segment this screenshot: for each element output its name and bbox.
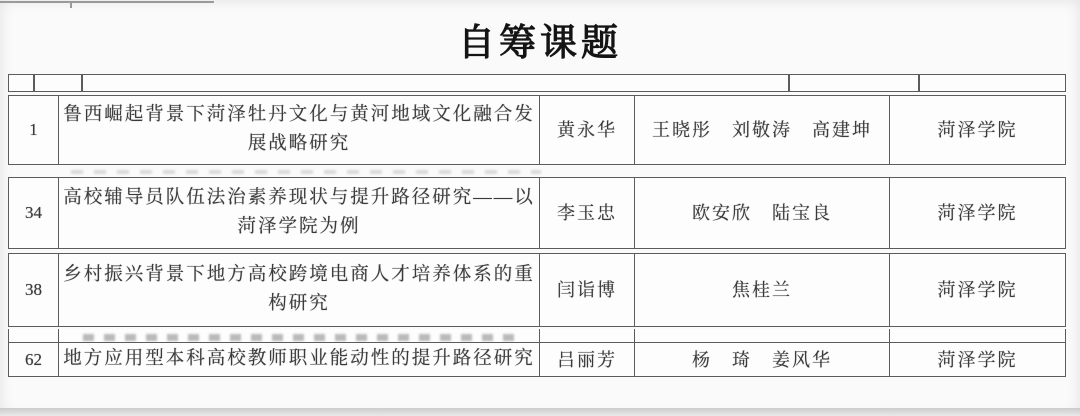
cell-institution: 菏泽学院 <box>889 96 1065 164</box>
cell-row-number: 1 <box>9 96 58 164</box>
project-title: 高校辅导员队伍法治素养现状与提升路径研究——以菏泽学院为例 <box>63 184 535 242</box>
cell-row-number: 34 <box>9 178 58 248</box>
row-number: 34 <box>25 199 42 227</box>
institution-name: 菏泽学院 <box>938 346 1018 374</box>
member-names: 王晓彤 刘敬涛 高建坤 <box>652 116 872 144</box>
cell-member-names: 王晓彤 刘敬涛 高建坤 <box>634 96 889 164</box>
member-names: 杨 琦 姜风华 <box>692 346 832 374</box>
leader-name: 李玉忠 <box>557 199 617 227</box>
member-names: 焦桂兰 <box>732 276 792 304</box>
leader-name: 闫诣博 <box>557 276 617 304</box>
cell-member-names <box>634 329 889 342</box>
leader-name: 黄永华 <box>557 116 617 144</box>
cell-leader-name: 闫诣博 <box>539 254 634 326</box>
cell-project-title: 地方应用型本科高校教师职业能动性的提升路径研究 <box>58 343 539 376</box>
cell-leader-name: 黄永华 <box>539 96 634 164</box>
bottom-edge-shadow <box>0 408 1080 416</box>
row-number: 38 <box>25 276 42 304</box>
table-body: 1 鲁西崛起背景下菏泽牡丹文化与黄河地域文化融合发展战略研究 黄永华 王晓彤 刘… <box>8 95 1066 377</box>
cell-project-title: 乡村振兴背景下地方高校跨境电商人才培养体系的重构研究 <box>58 254 539 326</box>
table-row: 1 鲁西崛起背景下菏泽牡丹文化与黄河地域文化融合发展战略研究 黄永华 王晓彤 刘… <box>8 95 1066 165</box>
column-divider <box>918 75 920 91</box>
member-names: 欧安欣 陆宝良 <box>692 199 832 227</box>
cell-leader-name: 吕丽芳 <box>539 343 634 376</box>
cell-row-number <box>9 329 58 342</box>
clipped-top-table-row <box>8 74 1066 92</box>
cell-leader-name <box>539 329 634 342</box>
clipped-partial-row <box>8 329 1066 342</box>
screenshot-root: 自筹课题 1 鲁西崛起背景下菏泽牡丹文化与黄河地域文化融合发展战略研究 黄永华 … <box>0 0 1080 416</box>
institution-name: 菏泽学院 <box>938 116 1018 144</box>
cell-project-title <box>58 329 539 342</box>
remnant-column-divider <box>70 3 72 8</box>
cell-institution: 菏泽学院 <box>889 254 1065 326</box>
page-title: 自筹课题 <box>0 12 1080 66</box>
project-title: 地方应用型本科高校教师职业能动性的提升路径研究 <box>63 345 535 374</box>
cell-member-names: 焦桂兰 <box>634 254 889 326</box>
project-title: 乡村振兴背景下地方高校跨境电商人才培养体系的重构研究 <box>63 261 535 319</box>
top-table-remnant-line <box>0 1 214 7</box>
cell-leader-name: 李玉忠 <box>539 178 634 248</box>
table-row: 38 乡村振兴背景下地方高校跨境电商人才培养体系的重构研究 闫诣博 焦桂兰 菏泽… <box>8 253 1066 327</box>
clipped-blurred-text <box>83 334 518 341</box>
cell-institution: 菏泽学院 <box>889 178 1065 248</box>
project-title: 鲁西崛起背景下菏泽牡丹文化与黄河地域文化融合发展战略研究 <box>63 101 535 159</box>
column-divider <box>788 75 790 91</box>
cell-row-number: 38 <box>9 254 58 326</box>
cell-row-number: 62 <box>9 343 58 376</box>
table-row: 34 高校辅导员队伍法治素养现状与提升路径研究——以菏泽学院为例 李玉忠 欧安欣… <box>8 177 1066 249</box>
cell-project-title: 鲁西崛起背景下菏泽牡丹文化与黄河地域文化融合发展战略研究 <box>58 96 539 164</box>
cell-institution <box>889 329 1065 342</box>
row-number: 62 <box>25 346 42 374</box>
cell-member-names: 杨 琦 姜风华 <box>634 343 889 376</box>
row-number: 1 <box>29 116 38 144</box>
leader-name: 吕丽芳 <box>557 346 617 374</box>
table-row: 62 地方应用型本科高校教师职业能动性的提升路径研究 吕丽芳 杨 琦 姜风华 菏… <box>8 342 1066 377</box>
cell-project-title: 高校辅导员队伍法治素养现状与提升路径研究——以菏泽学院为例 <box>58 178 539 248</box>
column-divider <box>33 75 35 91</box>
cell-member-names: 欧安欣 陆宝良 <box>634 178 889 248</box>
column-divider <box>81 75 83 91</box>
cell-institution: 菏泽学院 <box>889 343 1065 376</box>
projects-table: 1 鲁西崛起背景下菏泽牡丹文化与黄河地域文化融合发展战略研究 黄永华 王晓彤 刘… <box>8 74 1066 377</box>
institution-name: 菏泽学院 <box>938 199 1018 227</box>
institution-name: 菏泽学院 <box>938 276 1018 304</box>
